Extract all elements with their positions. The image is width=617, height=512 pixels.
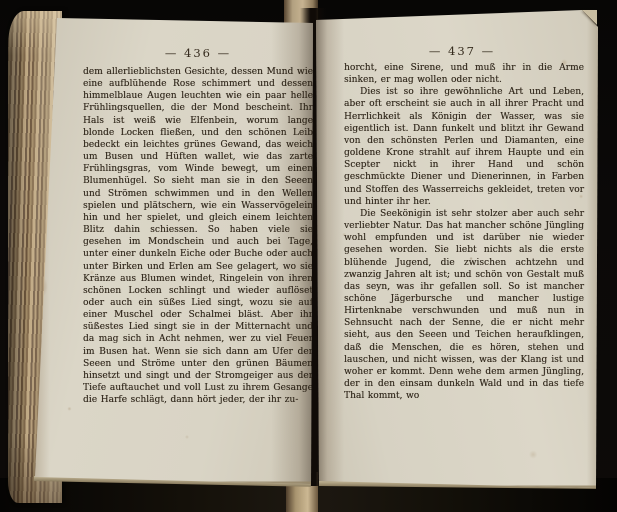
paragraph: horcht, eine Sirene, und muß ihr in die … <box>344 62 584 86</box>
left-page-text: dem allerlieblichsten Gesichte, dessen M… <box>83 66 313 406</box>
page-corner-fold <box>582 10 597 25</box>
scanned-book-photo: — 436 — dem allerlieblichsten Gesichte, … <box>0 0 617 512</box>
right-page: — 437 — horcht, eine Sirene, und muß ihr… <box>316 10 598 488</box>
paragraph: dem allerlieblichsten Gesichte, dessen M… <box>83 66 313 406</box>
left-page: — 436 — dem allerlieblichsten Gesichte, … <box>33 14 313 484</box>
paragraph: Die Seekönigin ist sehr stolzer aber auc… <box>344 208 584 403</box>
left-page-header: — 436 — <box>83 46 313 60</box>
paragraph: Dies ist so ihre gewöhnliche Art und Leb… <box>344 86 584 208</box>
right-page-text: horcht, eine Sirene, und muß ihr in die … <box>344 62 584 402</box>
right-page-header: — 437 — <box>342 44 582 58</box>
